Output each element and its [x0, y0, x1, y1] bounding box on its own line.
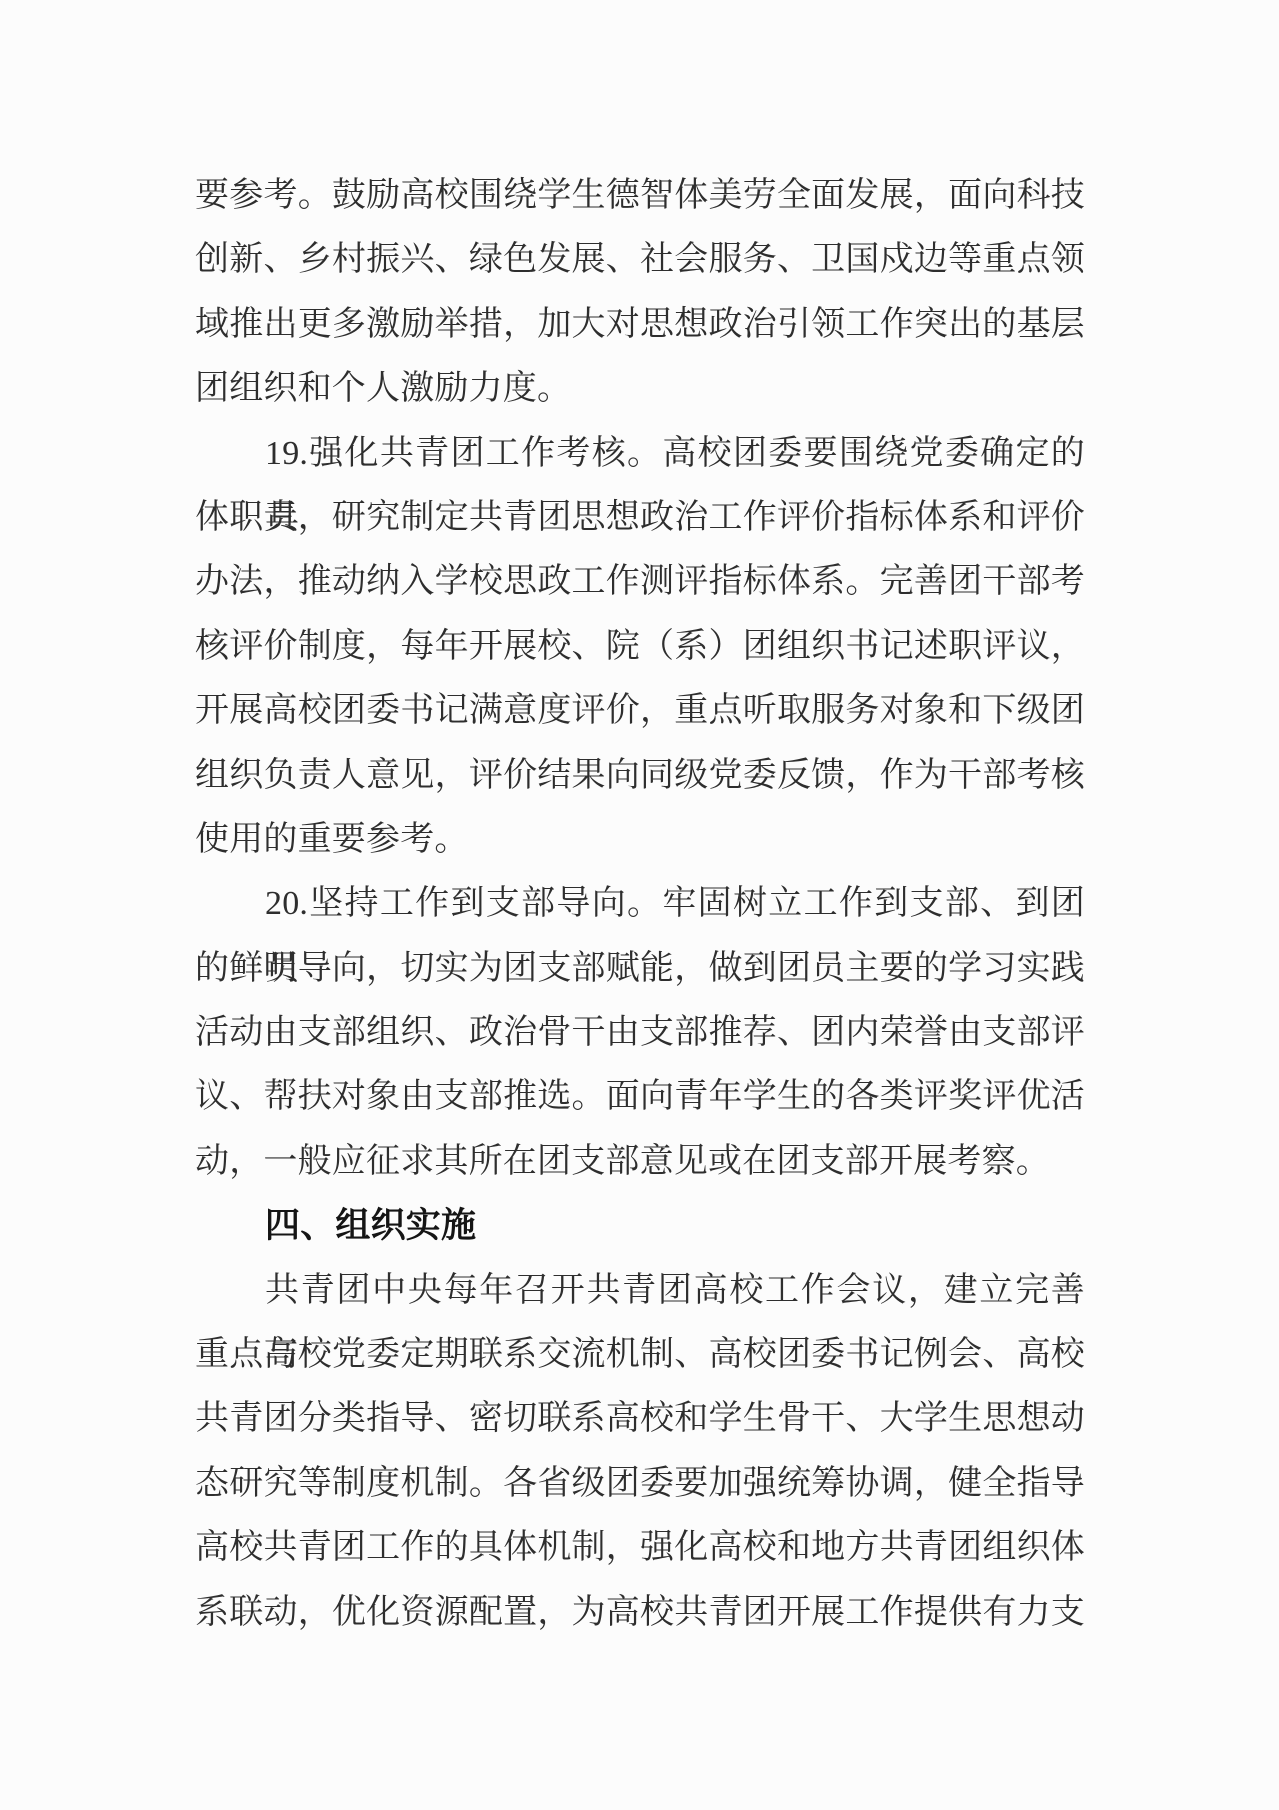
- section-heading: 四、组织实施: [195, 1194, 1085, 1258]
- text-line: 使用的重要参考。: [195, 808, 1085, 872]
- text-line: 开展高校团委书记满意度评价，重点听取服务对象和下级团: [195, 679, 1085, 743]
- text-line: 议、帮扶对象由支部推选。面向青年学生的各类评奖评优活: [195, 1065, 1085, 1129]
- text-line paragraph-start: 20.坚持工作到支部导向。牢固树立工作到支部、到团员: [195, 872, 1085, 936]
- text-line: 要参考。鼓励高校围绕学生德智体美劳全面发展，面向科技: [195, 164, 1085, 228]
- text-line: 核评价制度，每年开展校、院（系）团组织书记述职评议，: [195, 615, 1085, 679]
- text-line: 高校共青团工作的具体机制，强化高校和地方共青团组织体: [195, 1516, 1085, 1580]
- text-line: 创新、乡村振兴、绿色发展、社会服务、卫国戍边等重点领: [195, 228, 1085, 292]
- text-line paragraph-start: 19.强化共青团工作考核。高校团委要围绕党委确定的具: [195, 422, 1085, 486]
- text-line: 态研究等制度机制。各省级团委要加强统筹协调，健全指导: [195, 1452, 1085, 1516]
- text-line: 的鲜明导向，切实为团支部赋能，做到团员主要的学习实践: [195, 937, 1085, 1001]
- text-line: 重点高校党委定期联系交流机制、高校团委书记例会、高校: [195, 1323, 1085, 1387]
- text-line: 办法，推动纳入学校思政工作测评指标体系。完善团干部考: [195, 550, 1085, 614]
- text-line: 域推出更多激励举措，加大对思想政治引领工作突出的基层: [195, 293, 1085, 357]
- text-line: 共青团分类指导、密切联系高校和学生骨干、大学生思想动: [195, 1387, 1085, 1451]
- document-body: 要参考。鼓励高校围绕学生德智体美劳全面发展，面向科技 创新、乡村振兴、绿色发展、…: [195, 164, 1085, 1645]
- text-line: 团组织和个人激励力度。: [195, 357, 1085, 421]
- text-line: 组织负责人意见，评价结果向同级党委反馈，作为干部考核: [195, 744, 1085, 808]
- text-line: 系联动，优化资源配置，为高校共青团开展工作提供有力支: [195, 1581, 1085, 1645]
- text-line paragraph-start: 共青团中央每年召开共青团高校工作会议，建立完善与: [195, 1259, 1085, 1323]
- text-line: 动，一般应征求其所在团支部意见或在团支部开展考察。: [195, 1130, 1085, 1194]
- document-page: 要参考。鼓励高校围绕学生德智体美劳全面发展，面向科技 创新、乡村振兴、绿色发展、…: [0, 0, 1279, 1810]
- text-line: 体职责，研究制定共青团思想政治工作评价指标体系和评价: [195, 486, 1085, 550]
- text-line: 活动由支部组织、政治骨干由支部推荐、团内荣誉由支部评: [195, 1001, 1085, 1065]
